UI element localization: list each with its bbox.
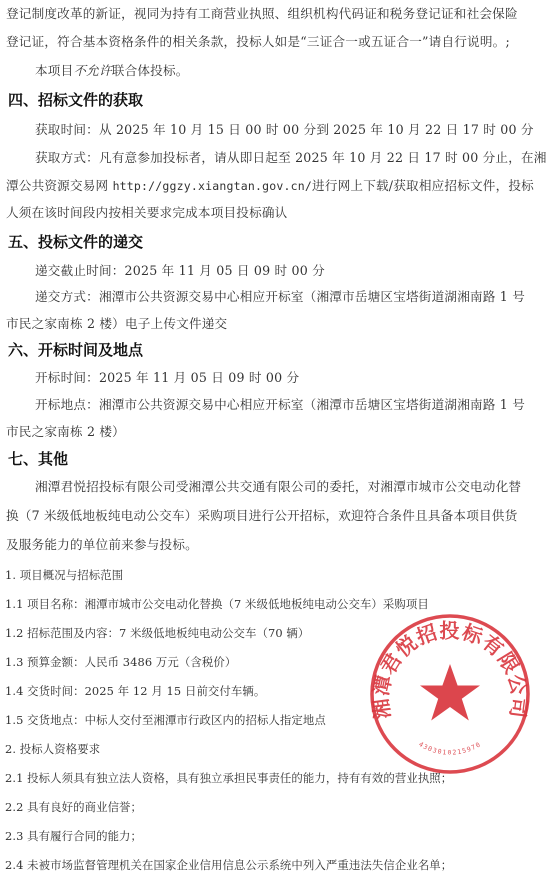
item-1: 1. 项目概况与招标范围	[5, 566, 546, 584]
consortium-emphasis: 不允许	[73, 63, 111, 78]
section-heading-7: 七、其他	[8, 449, 68, 469]
star-icon	[420, 664, 480, 721]
url-prefix: 潭公共资源交易网	[6, 178, 113, 193]
acquire-method: 获取方式：凡有意参加投标者，请从即日起至 2025 年 10 月 22 日 17…	[35, 149, 546, 167]
intro-line-2: 登记证，符合基本资格条件的相关条款，投标人如是“三证合一或五证合一”请自行说明。…	[6, 33, 546, 51]
other-para-2: 换（7 米级低地板纯电动公交车）采购项目进行公开招标，欢迎符合条件且具备本项目供…	[6, 507, 546, 525]
other-para-1: 湘潭君悦招投标有限公司受湘潭公共交通有限公司的委托，对湘潭市城市公交电动化替	[35, 478, 546, 496]
item-2-4: 2.4 未被市场监督管理机关在国家企业信用信息公示系统中列入严重违法失信企业名单…	[5, 856, 546, 874]
section-heading-5: 五、投标文件的递交	[8, 232, 143, 252]
item-2-2: 2.2 具有良好的商业信誉；	[5, 798, 546, 816]
url-suffix: 进行网上下载/获取相应招标文件，投标	[312, 178, 534, 193]
opening-place: 开标地点：湘潭市公共资源交易中心相应开标室（湘潭市岳塘区宝塔街道湖湘南路 1 号	[35, 396, 546, 414]
section-heading-4: 四、招标文件的获取	[8, 90, 143, 110]
consortium-prefix: 本项目	[35, 63, 73, 78]
ggzy-link[interactable]: http://ggzy.xiangtan.gov.cn/	[113, 179, 312, 193]
submit-method-cont: 市民之家南栋 2 楼）电子上传文件递交	[6, 315, 546, 333]
acquire-confirm: 人须在该时间段内按相关要求完成本项目投标确认	[6, 204, 546, 222]
acquire-time: 获取时间：从 2025 年 10 月 15 日 00 时 00 分到 2025 …	[35, 121, 546, 139]
consortium-suffix: 联合体投标。	[112, 63, 189, 78]
intro-line-1: 登记制度改革的新证，视同为持有工商营业执照、组织机构代码证和税务登记证和社会保险	[6, 5, 546, 23]
consortium-statement: 本项目不允许联合体投标。	[35, 62, 546, 80]
other-para-3: 及服务能力的单位前来参与投标。	[6, 536, 546, 554]
company-seal-stamp: 湘潭君悦招投标有限公司 4303010215970	[368, 612, 532, 776]
opening-time: 开标时间：2025 年 11 月 05 日 09 时 00 分	[35, 369, 546, 387]
submit-deadline: 递交截止时间：2025 年 11 月 05 日 09 时 00 分	[35, 262, 546, 280]
opening-place-cont: 市民之家南栋 2 楼）	[6, 423, 546, 441]
acquire-url-line: 潭公共资源交易网 http://ggzy.xiangtan.gov.cn/进行网…	[6, 177, 546, 195]
item-2-3: 2.3 具有履行合同的能力；	[5, 827, 546, 845]
item-1-1: 1.1 项目名称：湘潭市城市公交电动化替换（7 米级低地板纯电动公交车）采购项目	[5, 595, 546, 613]
stamp-code: 4303010215970	[417, 740, 482, 757]
submit-method: 递交方式：湘潭市公共资源交易中心相应开标室（湘潭市岳塘区宝塔街道湖湘南路 1 号	[35, 288, 546, 306]
svg-text:4303010215970: 4303010215970	[417, 740, 482, 757]
section-heading-6: 六、开标时间及地点	[8, 340, 143, 360]
